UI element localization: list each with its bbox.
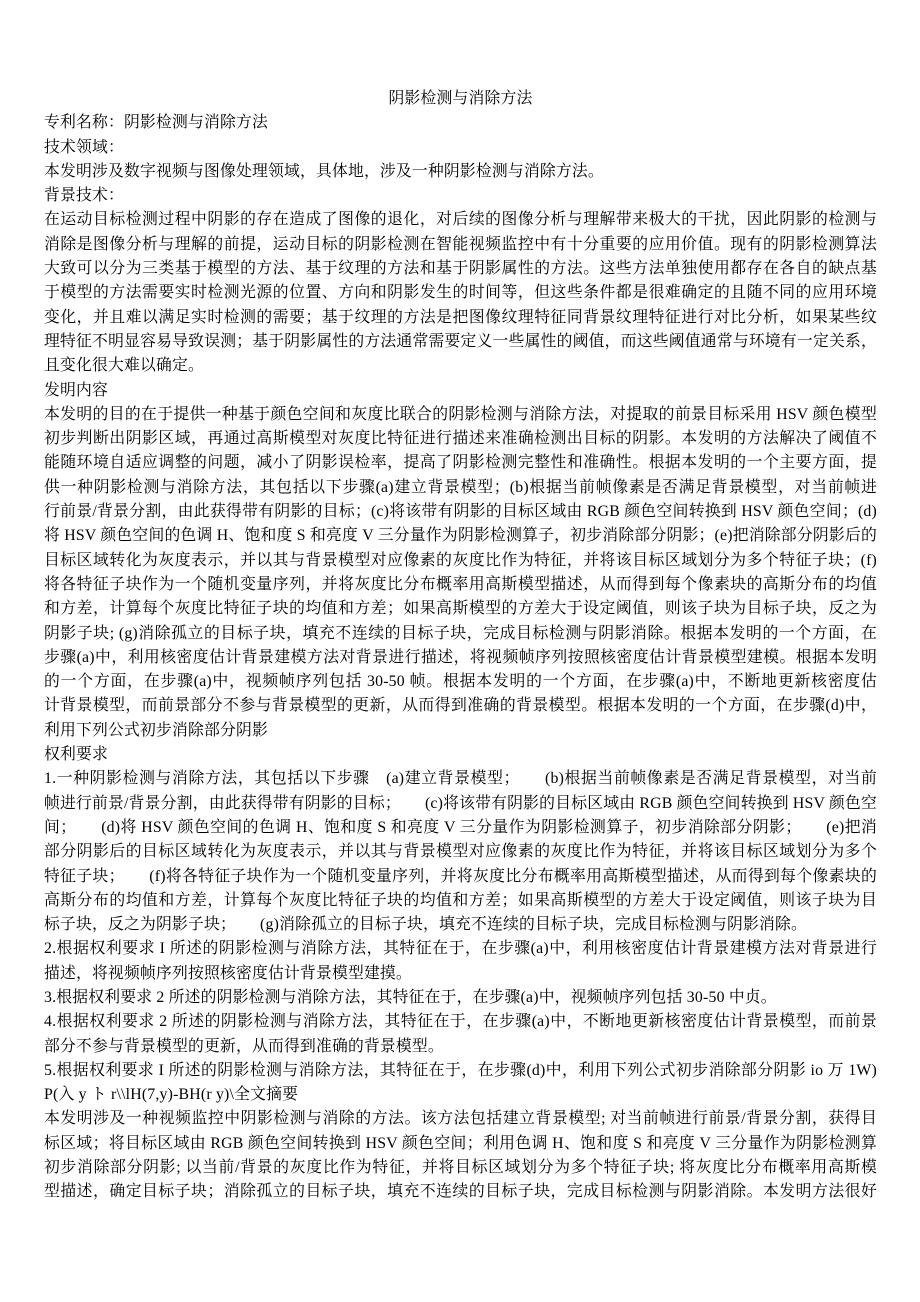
text-line: 标子块，反之为阴影子块； (g)消除孤立的目标子块，填充不连续的目标子块，完成目…: [44, 913, 877, 937]
text-line: 消除是图像分析与理解的前提，运动目标的阴影检测在智能视频监控中有十分重要的应用价…: [44, 233, 877, 257]
text-line: 技术领域：: [44, 136, 877, 160]
text-line: 和方差，计算每个灰度比特征子块的均值和方差；如果高斯模型的方差大于设定阈值，则该…: [44, 597, 877, 621]
text-line: 部分阴影后的目标区域转化为灰度表示，并以其与背景模型对应像素的灰度比作为特征，并…: [44, 840, 877, 864]
text-line: 部分不参与背景模型的更新，从而得到准确的背景模型。: [44, 1035, 877, 1059]
text-line: 描述，将视频帧序列按照核密度估计背景模型建摸。: [44, 962, 877, 986]
text-line: 目标区域转化为灰度表示，并以其与背景模型对应像素的灰度比作为特征，并将该目标区域…: [44, 549, 877, 573]
page: { "page": { "background_color": "#ffffff…: [0, 0, 920, 1302]
text-line: 利用下列公式初步消除部分阴影: [44, 719, 877, 743]
text-line: 将各特征子块作为一个随机变量序列，并将灰度比分布概率用高斯模型描述，从而得到每个…: [44, 573, 877, 597]
text-line: 特征子块； (f)将各特征子块作为一个随机变量序列，并将灰度比分布概率用高斯模型…: [44, 865, 877, 889]
text-line: 2.根据权利要求 I 所述的阴影检测与消除方法，其特征在于，在步骤(a)中，利用…: [44, 937, 877, 961]
text-line: 将 HSV 颜色空间的色调 H、饱和度 S 和亮度 V 三分量作为阴影检测算子，…: [44, 524, 877, 548]
text-line: 步骤(a)中，利用核密度估计背景建模方法对背景进行描述，将视频帧序列按照核密度估…: [44, 646, 877, 670]
document-title: 阴影检测与消除方法: [44, 87, 877, 111]
text-line: 4.根据权利要求 2 所述的阴影检测与消除方法，其特征在于，在步骤(a)中，不断…: [44, 1010, 877, 1034]
text-line: 的一个方面，在步骤(a)中，视频帧序列包括 30-50 帧。根据本发明的一个方面…: [44, 670, 877, 694]
text-line: 3.根据权利要求 2 所述的阴影检测与消除方法，其特征在于，在步骤(a)中，视频…: [44, 986, 877, 1010]
text-line: 且变化很大难以确定。: [44, 354, 877, 378]
text-line: 供一种阴影检测与消除方法，其包括以下步骤(a)建立背景模型；(b)根据当前帧像素…: [44, 476, 877, 500]
text-line: 大致可以分为三类基于模型的方法、基于纹理的方法和基于阴影属性的方法。这些方法单独…: [44, 257, 877, 281]
text-line: 本发明的目的在于提供一种基于颜色空间和灰度比联合的阴影检测与消除方法，对提取的前…: [44, 403, 877, 427]
text-line: 初步消除部分阴影; 以当前/背景的灰度比作为特征，并将目标区域划分为多个特征子块…: [44, 1156, 877, 1180]
text-line: 本发明涉及数字视频与图像处理领域，具体地，涉及一种阴影检测与消除方法。: [44, 160, 877, 184]
text-line: 理特征不明显容易导致误测；基于阴影属性的方法通常需要定义一些属性的阈值，而这些阈…: [44, 330, 877, 354]
text-line: 于模型的方法需要实时检测光源的位置、方向和阴影发生的时间等，但这些条件都是很难确…: [44, 281, 877, 305]
text-line: 5.根据权利要求 I 所述的阴影检测与消除方法，其特征在于，在步骤(d)中，利用…: [44, 1059, 877, 1083]
text-line: 能随环境自适应调整的问题，减小了阴影误检率，提高了阴影检测完整性和准确性。根据本…: [44, 451, 877, 475]
text-line: 本发明涉及一种视频监控中阴影检测与消除的方法。该方法包括建立背景模型; 对当前帧…: [44, 1107, 877, 1131]
text-line: 行前景/背景分割，由此获得带有阴影的目标；(c)将该带有阴影的目标区域由 RGB…: [44, 500, 877, 524]
text-line: 标区域；将目标区域由 RGB 颜色空间转换到 HSV 颜色空间；利用色调 H、饱…: [44, 1132, 877, 1156]
text-line: 帧进行前景/背景分割，由此获得带有阴影的目标； (c)将该带有阴影的目标区域由 …: [44, 792, 877, 816]
text-line: 型描述，确定目标子块；消除孤立的目标子块，填充不连续的目标子块，完成目标检测与阴…: [44, 1180, 877, 1204]
text-line: 计背景模型，而前景部分不参与背景模型的更新，从而得到准确的背景模型。根据本发明的…: [44, 694, 877, 718]
text-line: 高斯分布的均值和方差，计算每个灰度比特征子块的均值和方差；如果高斯模型的方差大于…: [44, 889, 877, 913]
text-line: 变化，并且难以满足实时检测的需要；基于纹理的方法是把图像纹理特征同背景纹理特征进…: [44, 306, 877, 330]
text-line: 初步判断出阴影区域，再通过高斯模型对灰度比特征进行描述来准确检测出目标的阴影。本…: [44, 427, 877, 451]
text-line: 间； (d)将 HSV 颜色空间的色调 H、饱和度 S 和亮度 V 三分量作为阴…: [44, 816, 877, 840]
text-line: P(入 y ト r\\lH(7,y)-BH(r y)\全文摘要: [44, 1083, 877, 1107]
document-text-block: 阴影检测与消除方法专利名称：阴影检测与消除方法技术领域：本发明涉及数字视频与图像…: [44, 87, 877, 1205]
text-line: 专利名称：阴影检测与消除方法: [44, 111, 877, 135]
text-line: 在运动目标检测过程中阴影的存在造成了图像的退化，对后续的图像分析与理解带来极大的…: [44, 208, 877, 232]
text-line: 背景技术：: [44, 184, 877, 208]
patent-document: 阴影检测与消除方法专利名称：阴影检测与消除方法技术领域：本发明涉及数字视频与图像…: [44, 87, 877, 1205]
text-line: 阴影子块; (g)消除孤立的目标子块，填充不连续的目标子块，完成目标检测与阴影消…: [44, 622, 877, 646]
text-line: 权利要求: [44, 743, 877, 767]
text-line: 1.一种阴影检测与消除方法，其包括以下步骤 (a)建立背景模型； (b)根据当前…: [44, 767, 877, 791]
text-line: 发明内容: [44, 379, 877, 403]
